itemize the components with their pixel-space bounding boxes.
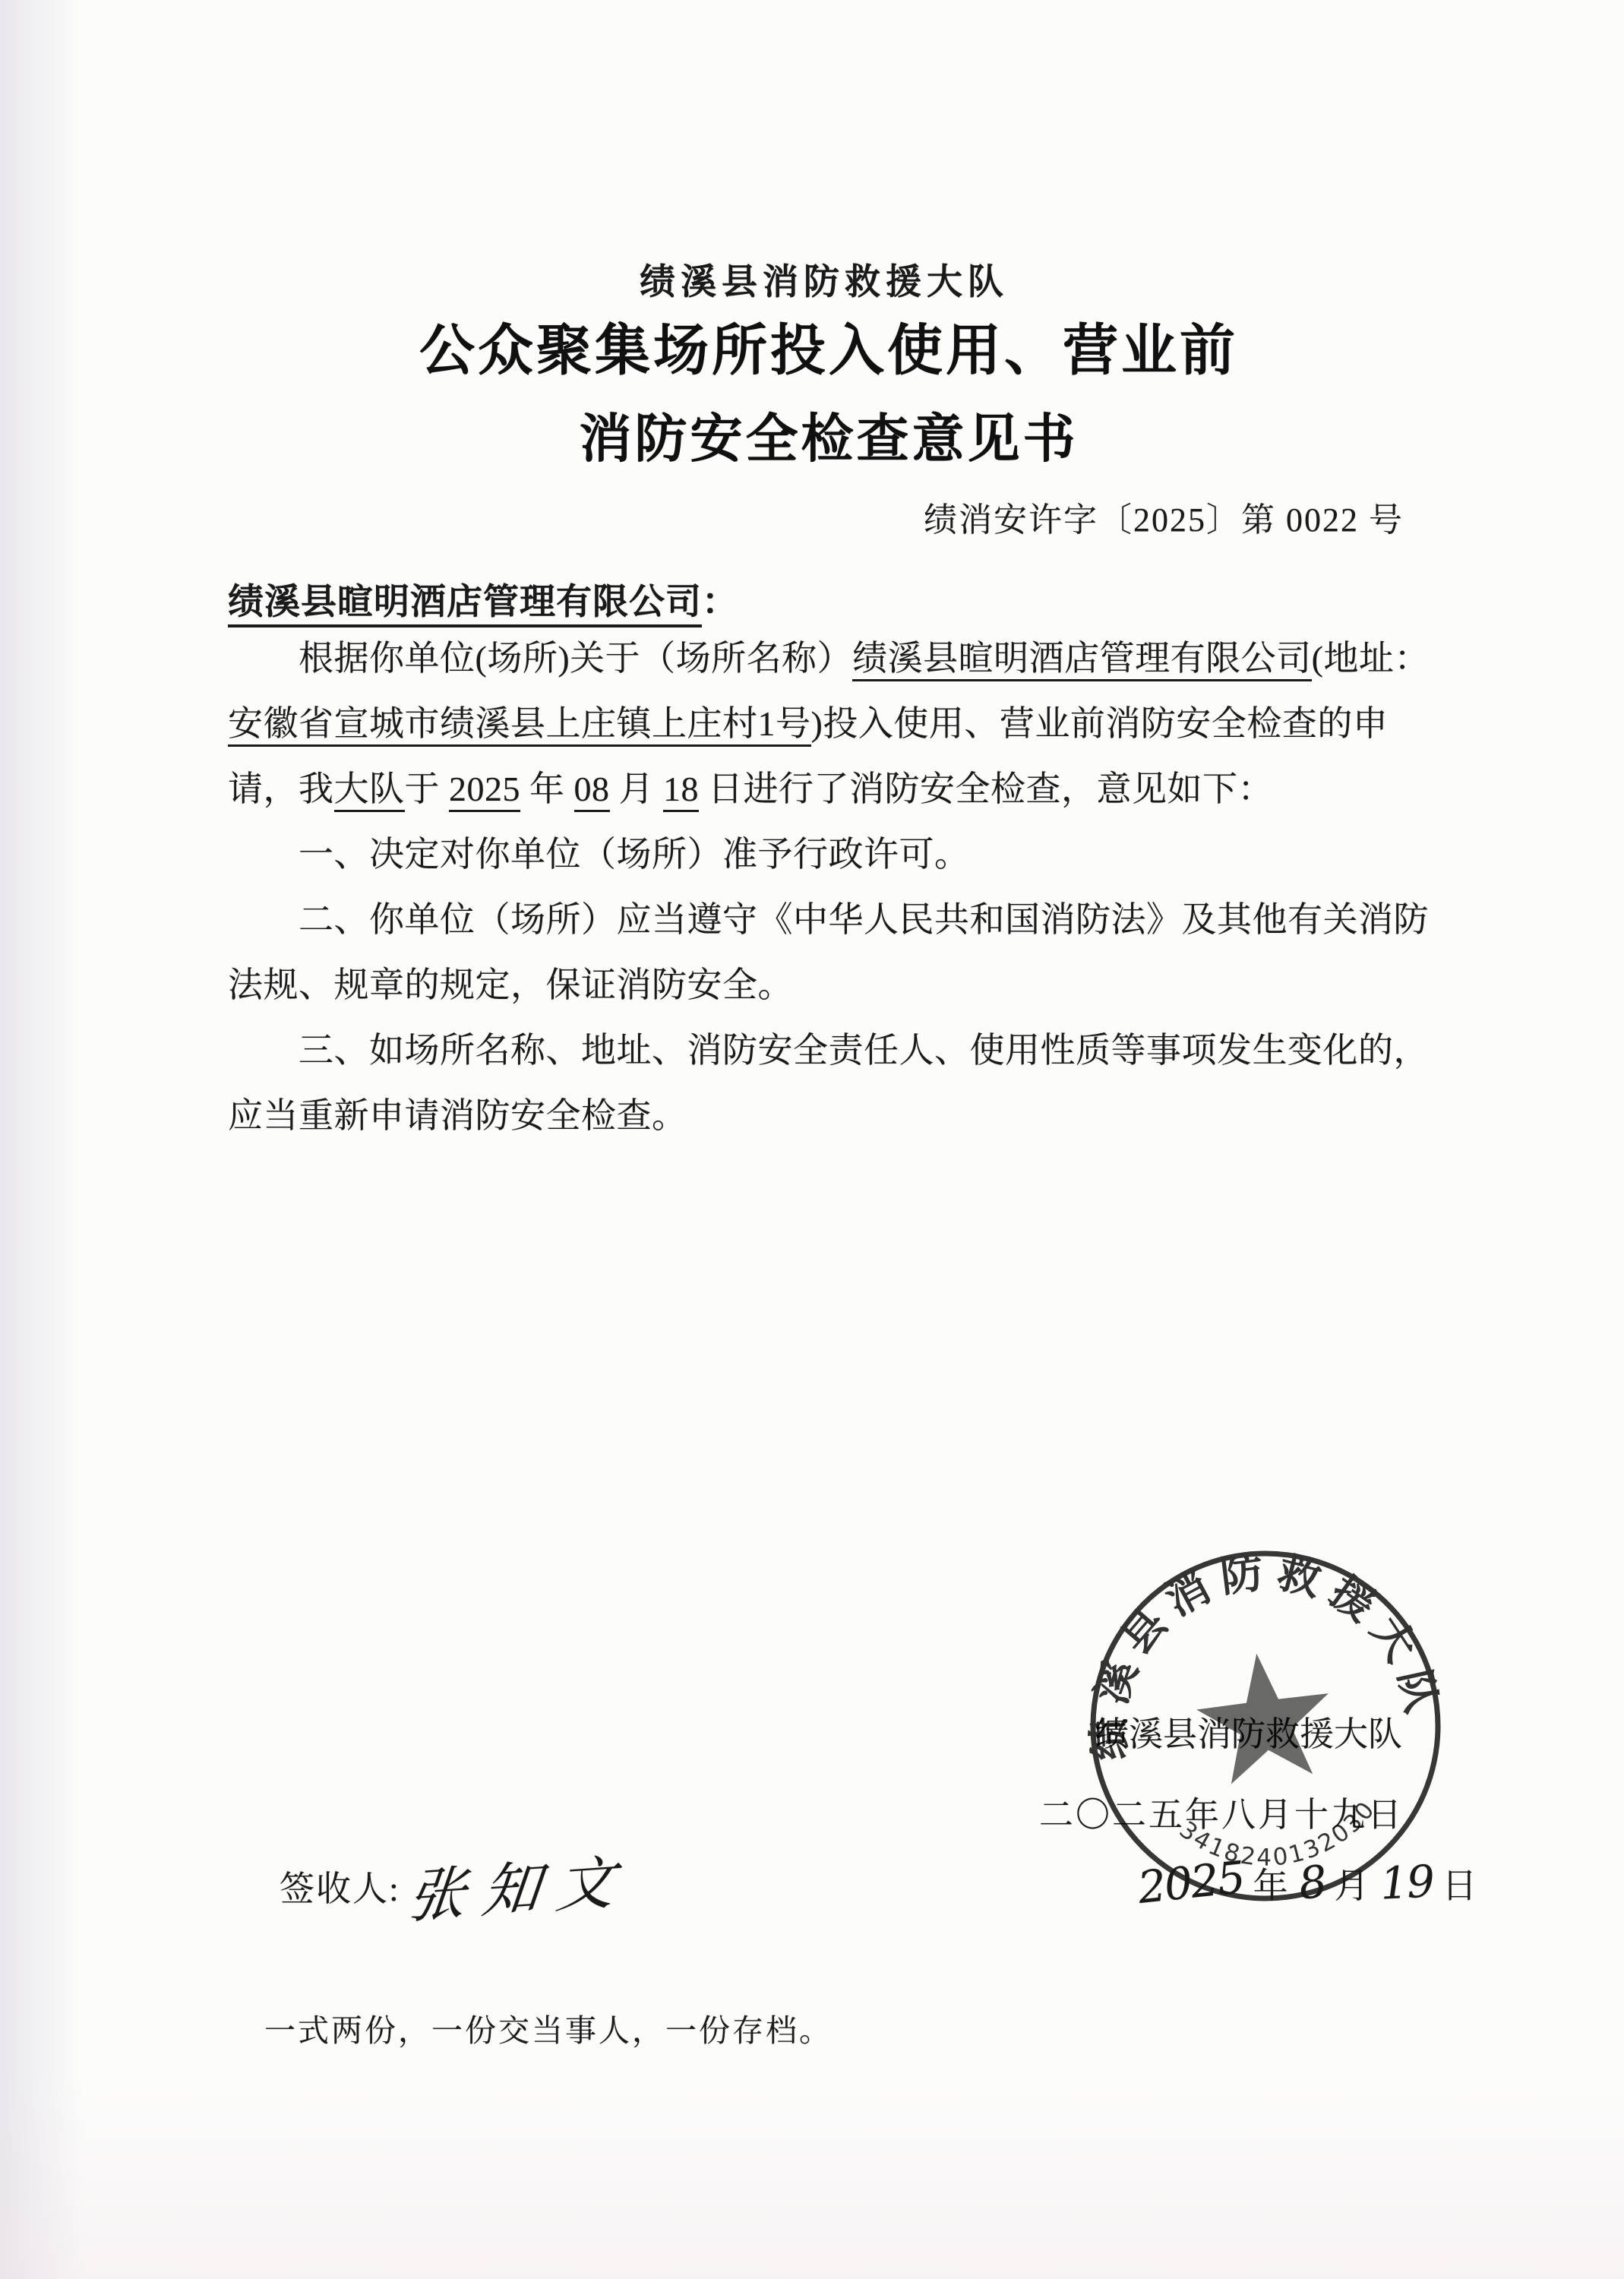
body-line: 三、如场所名称、地址、消防安全责任人、使用性质等事项发生变化的， [228, 1018, 1451, 1083]
body-line-text: )投入使用、营业前消防安全检查的申 [811, 704, 1389, 743]
document-page: 绩溪县消防救援大队 公众聚集场所投入使用、营业前 消防安全检查意见书 绩消安许字… [0, 0, 1624, 2279]
body-line-text: 于 [405, 770, 450, 808]
addressee-line: 绩溪县暄明酒店管理有限公司： [228, 574, 738, 624]
body-line: 安徽省宣城市绩溪县上庄镇上庄村1号)投入使用、营业前消防安全检查的申 [228, 691, 1451, 757]
year-unit-label: 年 [1253, 1858, 1288, 1908]
handwritten-month: 8 [1296, 1855, 1328, 1909]
addressee-colon: ： [702, 583, 738, 622]
document-title-line1: 公众聚集场所投入使用、营业前 [17, 307, 1624, 395]
receiver-signature-line: 签收人:张知文 [280, 1863, 631, 1916]
document-number: 绩消安许字〔2025〕第 0022 号 [924, 492, 1404, 541]
filled-in-value: 2025 [449, 770, 520, 812]
body-line-text: (地址： [1312, 639, 1430, 678]
body-line: 根据你单位(场所)关于（场所名称）绩溪县暄明酒店管理有限公司(地址： [228, 626, 1451, 691]
body-line-text: 日进行了消防安全检查，意见如下： [699, 770, 1273, 808]
addressee-name: 绩溪县暄明酒店管理有限公司 [228, 583, 702, 627]
body-line-text: 一、决定对你单位（场所）准予行政许可。 [299, 835, 970, 874]
body-line: 二、你单位（场所）应当遵守《中华人民共和国消防法》及其他有关消防 [228, 887, 1451, 953]
body-line: 请，我大队于 2025 年 08 月 18 日进行了消防安全检查，意见如下： [228, 757, 1451, 822]
filled-in-value: 绩溪县暄明酒店管理有限公司 [852, 639, 1312, 681]
handwritten-day: 19 [1379, 1855, 1434, 1910]
filled-in-value: 大队 [334, 770, 405, 812]
body-line-text: 三、如场所名称、地址、消防安全责任人、使用性质等事项发生变化的， [299, 1031, 1429, 1070]
issuing-org-header: 绩溪县消防救援大队 [12, 254, 1624, 305]
body-line-text: 请，我 [228, 770, 334, 808]
filled-in-value: 08 [574, 770, 610, 812]
body-line-text: 法规、规章的规定，保证消防安全。 [228, 966, 793, 1004]
receiver-signature-handwriting: 张知文 [405, 1854, 633, 1923]
document-title: 公众聚集场所投入使用、营业前 消防安全检查意见书 [17, 307, 1624, 483]
month-unit-label: 月 [1335, 1858, 1370, 1908]
copies-note: 一式两份，一份交当事人，一份存档。 [264, 2006, 833, 2050]
body-line-text: 根据你单位(场所)关于（场所名称） [299, 639, 852, 678]
body-line-text: 二、你单位（场所）应当遵守《中华人民共和国消防法》及其他有关消防 [299, 900, 1429, 939]
day-unit-label: 日 [1442, 1858, 1477, 1908]
body-line-text: 月 [610, 770, 664, 808]
body-line: 法规、规章的规定，保证消防安全。 [228, 953, 1451, 1018]
scan-bottom-tint [0, 2081, 1624, 2279]
receiver-label: 签收人: [280, 1870, 400, 1908]
body-text: 根据你单位(场所)关于（场所名称）绩溪县暄明酒店管理有限公司(地址：安徽省宣城市… [228, 626, 1451, 1149]
body-line-text: 应当重新申请消防安全检查。 [228, 1096, 687, 1135]
filled-in-value: 安徽省宣城市绩溪县上庄镇上庄村1号 [228, 704, 811, 747]
handwritten-year: 2025 [1136, 1851, 1246, 1914]
filled-in-value: 18 [663, 770, 699, 812]
handwritten-date: 2025 年 8 月 19 日 [1138, 1857, 1487, 1908]
seal-star-icon [1190, 1645, 1338, 1787]
body-line: 应当重新申请消防安全检查。 [228, 1083, 1451, 1149]
body-line-text: 年 [520, 770, 574, 808]
body-line: 一、决定对你单位（场所）准予行政许可。 [228, 822, 1451, 887]
document-title-line2: 消防安全检查意见书 [17, 395, 1624, 483]
